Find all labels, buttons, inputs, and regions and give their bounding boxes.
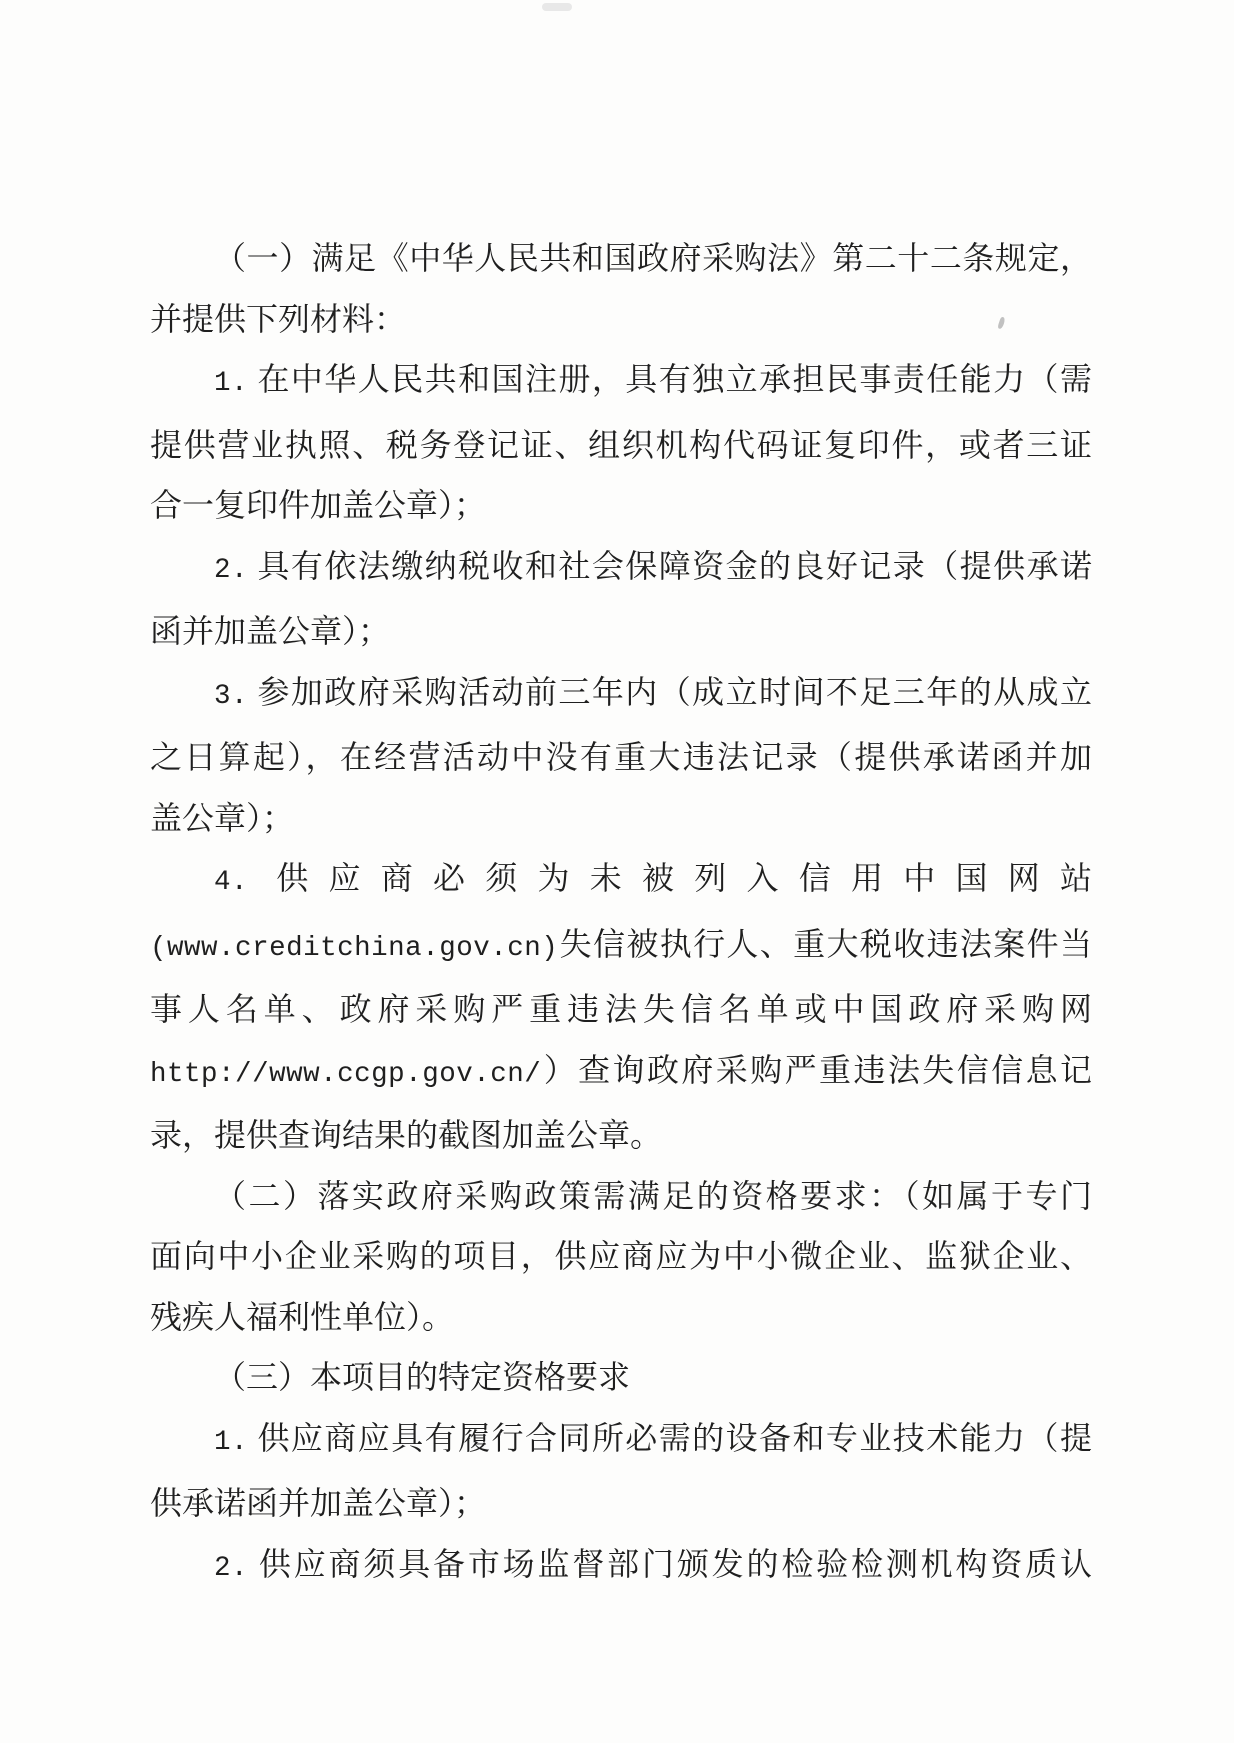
document-line: (www.creditchina.gov.cn)失信被执行人、重大税收违法案件当 [150,914,1092,980]
document-line: 2. 供应商须具备市场监督部门颁发的检验检测机构资质认 [150,1534,1092,1600]
document-line: 盖公章）； [150,788,1092,849]
document-line: http://www.ccgp.gov.cn/）查询政府采购严重违法失信信息记 [150,1040,1092,1106]
document-line: （二）落实政府采购政策需满足的资格要求：（如属于专门 [150,1166,1092,1227]
scan-artifact-smudge [542,3,572,11]
document-line: （一）满足《中华人民共和国政府采购法》第二十二条规定， [150,228,1092,289]
document-line: 事人名单、政府采购严重违法失信名单或中国政府采购网 [150,979,1092,1040]
document-line: 提供营业执照、税务登记证、组织机构代码证复印件，或者三证 [150,415,1092,476]
document-line: 3. 参加政府采购活动前三年内（成立时间不足三年的从成立 [150,662,1092,728]
latin-text: 1. [214,1427,248,1458]
document-line: 4. 供应商必须为未被列入信用中国网站 [150,848,1092,914]
latin-text: 2. [214,555,248,586]
document-line: 之日算起），在经营活动中没有重大违法记录（提供承诺函并加 [150,727,1092,788]
document-line: （三）本项目的特定资格要求 [150,1347,1092,1408]
latin-text: http://www.ccgp.gov.cn/ [150,1059,541,1090]
latin-text: 4. [214,867,248,898]
document-page: （一）满足《中华人民共和国政府采购法》第二十二条规定，并提供下列材料：1. 在中… [0,0,1234,1743]
document-line: 函并加盖公章）； [150,601,1092,662]
document-line: 录，提供查询结果的截图加盖公章。 [150,1105,1092,1166]
document-line: 供承诺函并加盖公章）； [150,1473,1092,1534]
latin-text: (www.creditchina.gov.cn) [150,933,558,964]
document-line: 2. 具有依法缴纳税收和社会保障资金的良好记录（提供承诺 [150,536,1092,602]
document-line: 并提供下列材料： [150,289,1092,350]
latin-text: 3. [214,681,248,712]
document-line: 合一复印件加盖公章）； [150,475,1092,536]
document-line: 1. 在中华人民共和国注册，具有独立承担民事责任能力（需 [150,349,1092,415]
latin-text: 1. [214,368,248,399]
latin-text: 2. [214,1553,248,1584]
document-line: 残疾人福利性单位）。 [150,1287,1092,1348]
document-text-block: （一）满足《中华人民共和国政府采购法》第二十二条规定，并提供下列材料：1. 在中… [150,228,1092,1599]
document-line: 1. 供应商应具有履行合同所必需的设备和专业技术能力（提 [150,1408,1092,1474]
document-line: 面向中小企业采购的项目，供应商应为中小微企业、监狱企业、 [150,1226,1092,1287]
